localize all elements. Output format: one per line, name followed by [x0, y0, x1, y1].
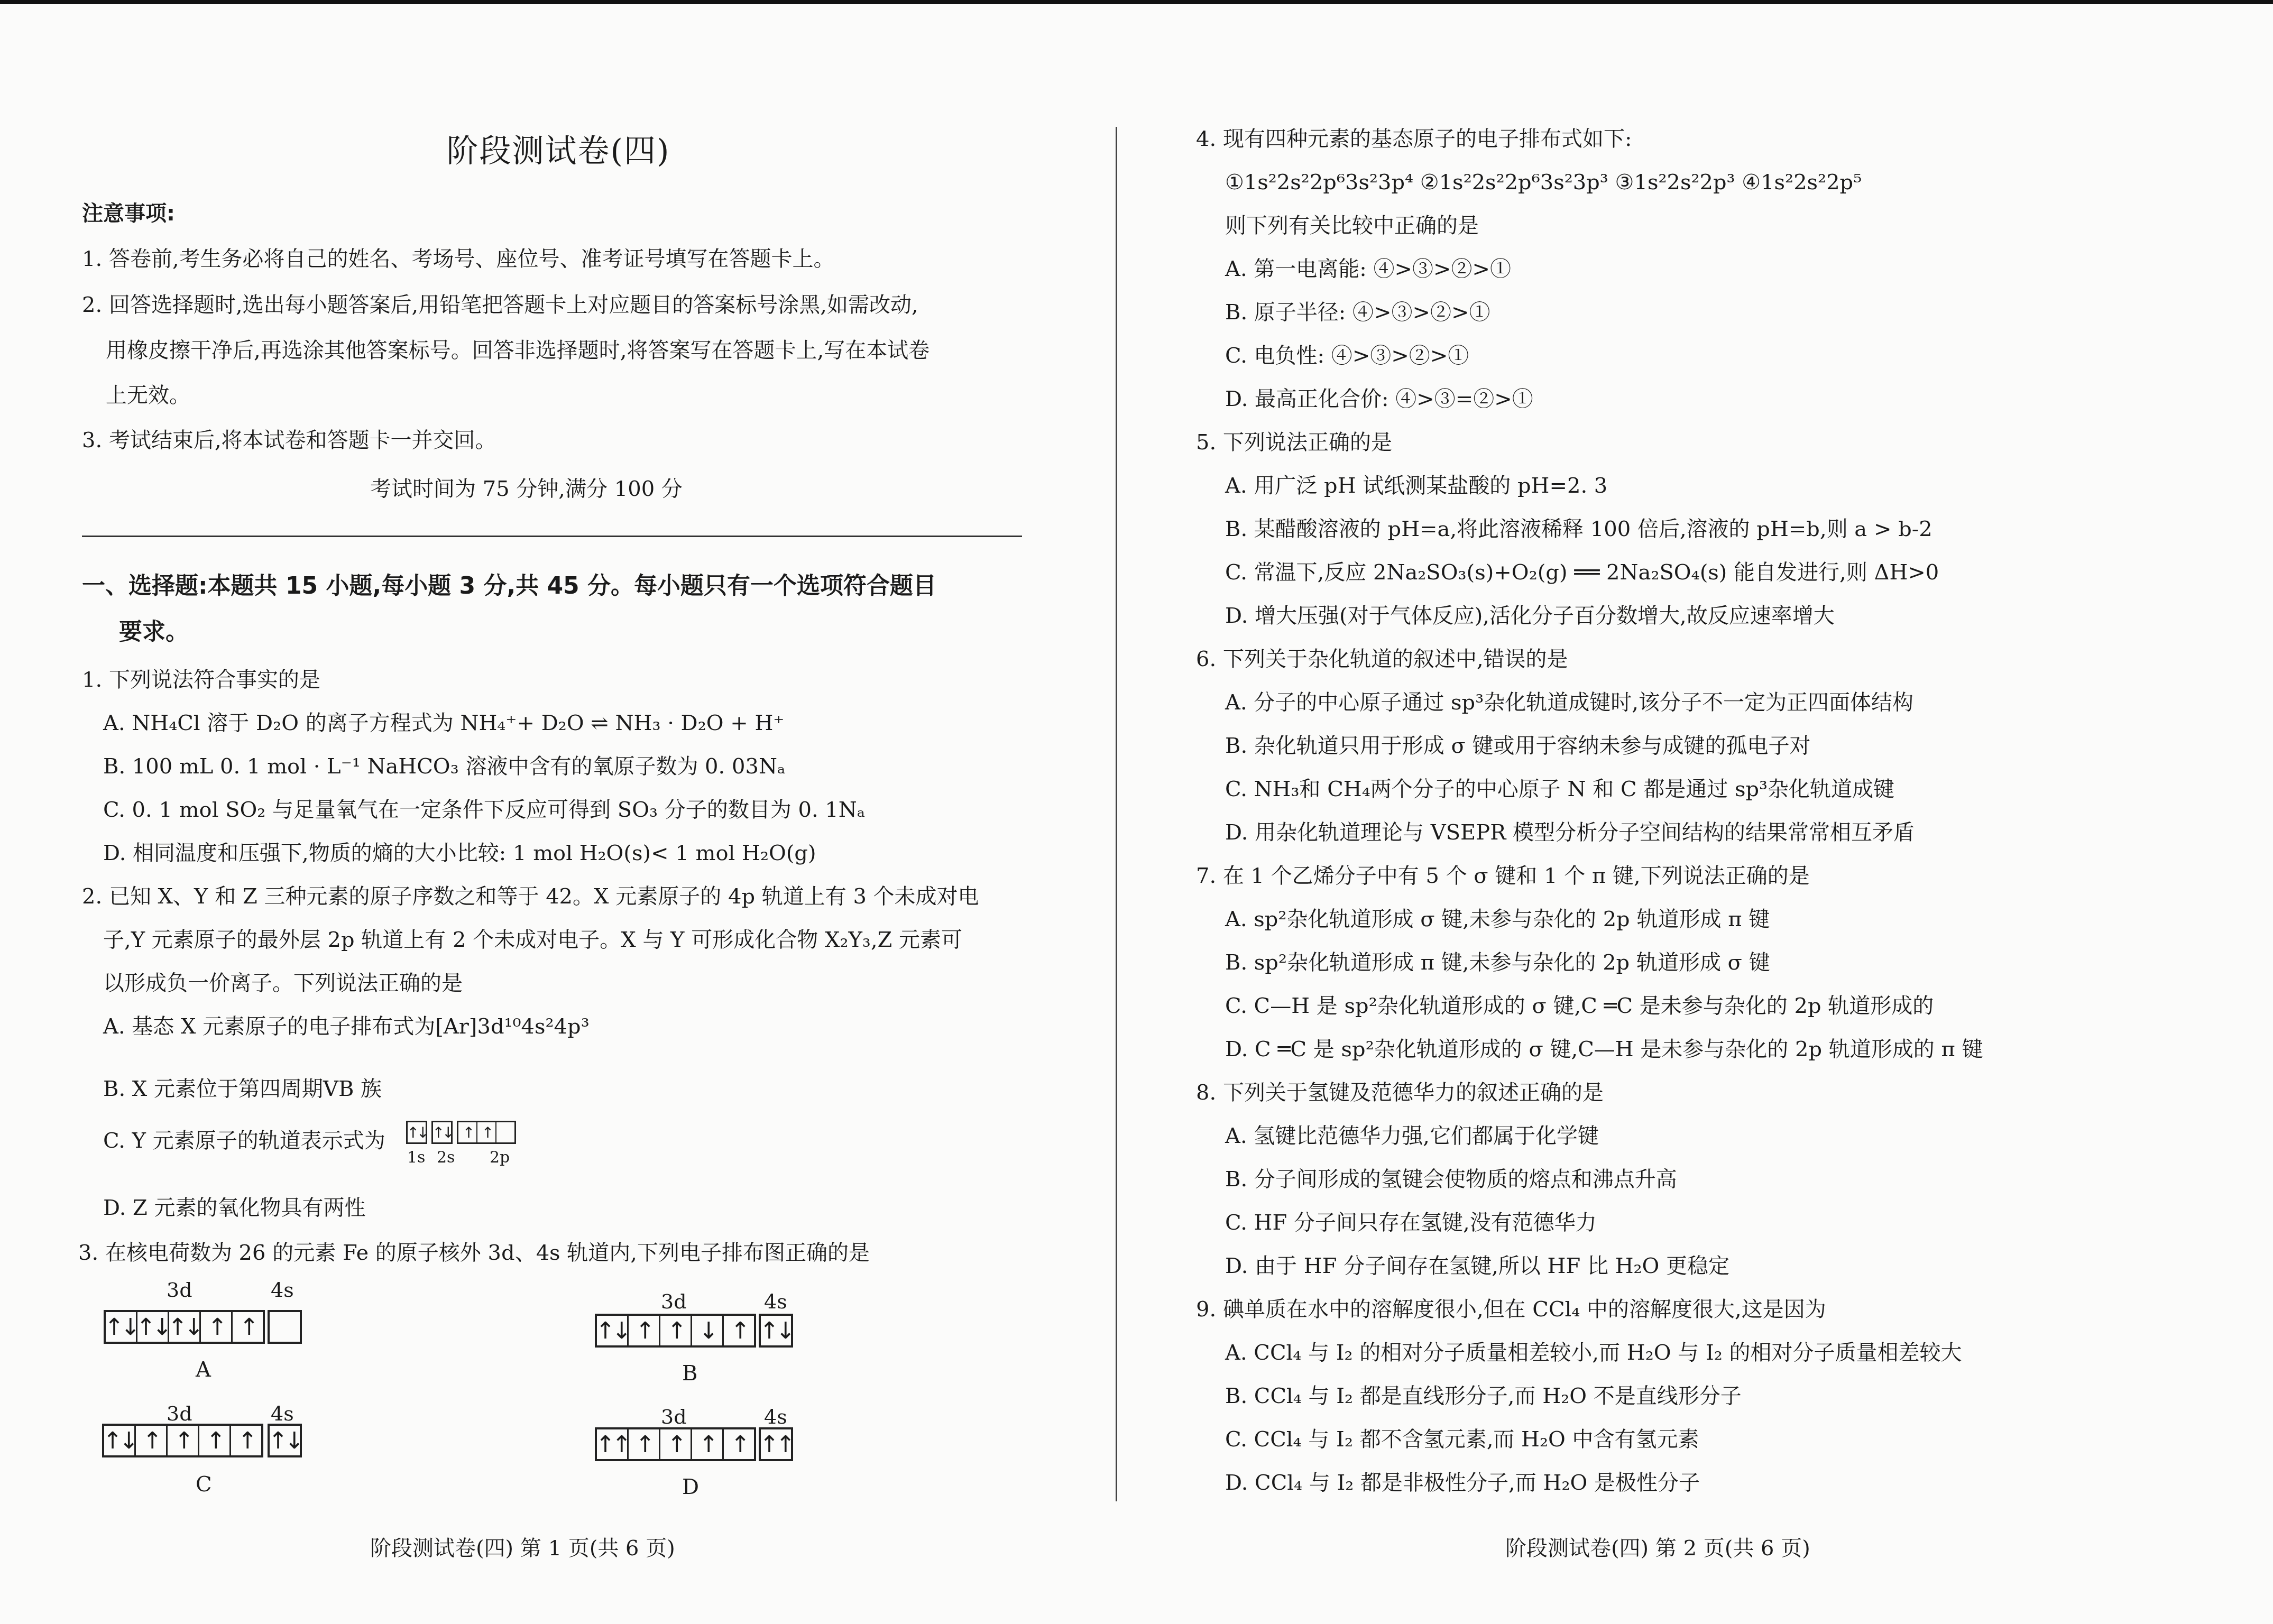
q1-option-a: A. NH₄Cl 溶于 D₂O 的离子方程式为 NH₄⁺+ D₂O ⇌ NH₃ … [103, 713, 784, 734]
q3b-4s-label: 4s [764, 1290, 787, 1313]
q2-option-b: B. X 元素位于第四周期ⅤB 族 [103, 1078, 382, 1100]
section-heading-cont: 要求。 [119, 621, 189, 644]
q6-option-d: D. 用杂化轨道理论与 VSEPR 模型分析分子空间结构的结果常常相互矛盾 [1225, 822, 1915, 843]
notice-item-3: 3. 考试结束后,将本试卷和答题卡一并交回。 [82, 430, 496, 451]
q3c-3d-boxes: ↑↓ ↑ ↑ ↑ ↑ [102, 1424, 263, 1457]
q3b-3d-label: 3d [661, 1290, 687, 1313]
q5-option-c: C. 常温下,反应 2Na₂SO₃(s)+O₂(g) ══ 2Na₂SO₄(s)… [1225, 562, 1939, 583]
page-footer-2: 阶段测试卷(四) 第 2 页(共 6 页) [1505, 1531, 1810, 1562]
q5-stem: 5. 下列说法正确的是 [1196, 432, 1392, 453]
page-footer-1: 阶段测试卷(四) 第 1 页(共 6 页) [370, 1531, 675, 1562]
q2-stem-3: 以形成负一价离子。下列说法正确的是 [103, 973, 463, 994]
q3-choice-c[interactable]: C [196, 1472, 212, 1497]
q2-stem-2: 子,Y 元素原子的最外层 2p 轨道上有 2 个未成对电子。X 与 Y 可形成化… [103, 929, 962, 951]
q3c-3d-label: 3d [167, 1402, 192, 1425]
orbital-2p: ↑ ↑ [457, 1121, 516, 1144]
q3b-3d-boxes: ↑↓ ↑ ↑ ↓ ↑ [595, 1314, 756, 1348]
header-rule [82, 536, 1022, 537]
q4-sub: 则下列有关比较中正确的是 [1225, 215, 1479, 236]
page-2: 4. 现有四种元素的基态原子的电子排布式如下: ①1s²2s²2p⁶3s²3p⁴… [1117, 0, 2273, 1624]
orbital-2s: ↑↓ [431, 1121, 453, 1144]
notice-item-2: 2. 回答选择题时,选出每小题答案后,用铅笔把答题卡上对应题目的答案标号涂黑,如… [82, 294, 918, 316]
label-2p: 2p [490, 1148, 510, 1167]
q7-option-a: A. sp²杂化轨道形成 σ 键,未参与杂化的 2p 轨道形成 π 键 [1225, 909, 1770, 930]
q2-stem-1: 2. 已知 X、Y 和 Z 三种元素的原子序数之和等于 42。X 元素原子的 4… [82, 886, 979, 907]
page-1: 阶段测试卷(四) 注意事项: 1. 答卷前,考生务必将自己的姓名、考场号、座位号… [0, 0, 1117, 1624]
q6-stem: 6. 下列关于杂化轨道的叙述中,错误的是 [1196, 649, 1568, 670]
notice-item-2-cont: 用橡皮擦干净后,再选涂其他答案标号。回答非选择题时,将答案写在答题卡上,写在本试… [106, 340, 930, 361]
notice-item-1: 1. 答卷前,考生务必将自己的姓名、考场号、座位号、准考证号填写在答题卡上。 [82, 248, 835, 270]
q4-option-a: A. 第一电离能: ④>③>②>① [1225, 259, 1511, 280]
q7-option-c: C. C—H 是 sp²杂化轨道形成的 σ 键,C ═C 是未参与杂化的 2p … [1225, 995, 1934, 1017]
q7-option-d: D. C ═C 是 sp²杂化轨道形成的 σ 键,C—H 是未参与杂化的 2p … [1225, 1039, 1983, 1060]
q7-stem: 7. 在 1 个乙烯分子中有 5 个 σ 键和 1 个 π 键,下列说法正确的是 [1196, 865, 1810, 887]
notice-heading: 注意事项: [82, 197, 175, 227]
label-2s: 2s [437, 1148, 455, 1167]
q5-option-a: A. 用广泛 pH 试纸测某盐酸的 pH=2. 3 [1225, 475, 1607, 496]
q2-option-a: A. 基态 X 元素原子的电子排布式为[Ar]3d¹⁰4s²4p³ [103, 1016, 590, 1037]
q3-choice-b[interactable]: B [682, 1361, 697, 1386]
q2-option-c: C. Y 元素原子的轨道表示式为 [103, 1130, 385, 1151]
q3d-3d-boxes: ↑↑ ↑ ↑ ↑ ↑ [595, 1427, 756, 1461]
q3d-4s-box: ↑↑ [759, 1427, 793, 1461]
orbital-1s: ↑↓ [406, 1121, 427, 1144]
exam-time-info: 考试时间为 75 分钟,满分 100 分 [370, 478, 683, 500]
q6-option-b: B. 杂化轨道只用于形成 σ 键或用于容纳未参与成键的孤电子对 [1225, 735, 1811, 756]
q6-option-c: C. NH₃和 CH₄两个分子的中心原子 N 和 C 都是通过 sp³杂化轨道成… [1225, 779, 1894, 800]
q8-stem: 8. 下列关于氢键及范德华力的叙述正确的是 [1196, 1082, 1604, 1103]
q8-option-b: B. 分子间形成的氢键会使物质的熔点和沸点升高 [1225, 1169, 1677, 1190]
q3a-3d-label: 3d [167, 1278, 192, 1302]
q2-option-d: D. Z 元素的氧化物具有两性 [103, 1197, 366, 1219]
q8-option-c: C. HF 分子间只存在氢键,没有范德华力 [1225, 1212, 1597, 1233]
q1-stem: 1. 下列说法符合事实的是 [82, 669, 320, 690]
q3a-4s-label: 4s [271, 1278, 294, 1302]
q4-option-c: C. 电负性: ④>③>②>① [1225, 345, 1469, 366]
q1-option-c: C. 0. 1 mol SO₂ 与足量氧气在一定条件下反应可得到 SO₃ 分子的… [103, 799, 865, 820]
section-heading: 一、选择题:本题共 15 小题,每小题 3 分,共 45 分。每小题只有一个选项… [82, 575, 936, 598]
q3-choice-d[interactable]: D [682, 1475, 699, 1499]
q3-choice-a[interactable]: A [196, 1358, 211, 1382]
q9-option-c: C. CCl₄ 与 I₂ 都不含氢元素,而 H₂O 中含有氢元素 [1225, 1429, 1699, 1450]
q9-option-d: D. CCl₄ 与 I₂ 都是非极性分子,而 H₂O 是极性分子 [1225, 1472, 1700, 1493]
q9-option-b: B. CCl₄ 与 I₂ 都是直线形分子,而 H₂O 不是直线形分子 [1225, 1386, 1742, 1407]
q3b-4s-box: ↑↓ [759, 1314, 793, 1348]
exam-title: 阶段测试卷(四) [0, 126, 1117, 171]
notice-item-2-end: 上无效。 [106, 385, 190, 406]
q9-stem: 9. 碘单质在水中的溶解度很小,但在 CCl₄ 中的溶解度很大,这是因为 [1196, 1299, 1826, 1320]
q9-option-a: A. CCl₄ 与 I₂ 的相对分子质量相差较小,而 H₂O 与 I₂ 的相对分… [1225, 1342, 1962, 1363]
q3d-3d-label: 3d [661, 1405, 687, 1428]
q2-orbital-diagram: ↑↓ ↑↓ ↑ ↑ [406, 1121, 520, 1144]
q3d-4s-label: 4s [764, 1405, 787, 1428]
q1-option-b: B. 100 mL 0. 1 mol · L⁻¹ NaHCO₃ 溶液中含有的氧原… [103, 756, 785, 777]
q3a-4s-box [268, 1310, 302, 1344]
q4-option-b: B. 原子半径: ④>③>②>① [1225, 302, 1490, 323]
q4-stem: 4. 现有四种元素的基态原子的电子排布式如下: [1196, 128, 1632, 150]
q7-option-b: B. sp²杂化轨道形成 π 键,未参与杂化的 2p 轨道形成 σ 键 [1225, 952, 1770, 973]
q5-option-b: B. 某醋酸溶液的 pH=a,将此溶液稀释 100 倍后,溶液的 pH=b,则 … [1225, 519, 1932, 540]
label-1s: 1s [407, 1148, 425, 1167]
q3-stem: 3. 在核电荷数为 26 的元素 Fe 的原子核外 3d、4s 轨道内,下列电子… [78, 1242, 870, 1263]
q3c-4s-box: ↑↓ [268, 1424, 302, 1457]
q8-option-a: A. 氢键比范德华力强,它们都属于化学键 [1225, 1125, 1599, 1147]
q3c-4s-label: 4s [271, 1402, 294, 1425]
q4-option-d: D. 最高正化合价: ④>③=②>① [1225, 389, 1533, 410]
q3a-3d-boxes: ↑↓ ↑↓ ↑↓ ↑ ↑ [104, 1310, 265, 1344]
q1-option-d: D. 相同温度和压强下,物质的熵的大小比较: 1 mol H₂O(s)< 1 m… [103, 843, 816, 864]
q4-configs: ①1s²2s²2p⁶3s²3p⁴ ②1s²2s²2p⁶3s²3p³ ③1s²2s… [1225, 172, 1862, 193]
q5-option-d: D. 增大压强(对于气体反应),活化分子百分数增大,故反应速率增大 [1225, 605, 1835, 626]
q8-option-d: D. 由于 HF 分子间存在氢键,所以 HF 比 H₂O 更稳定 [1225, 1256, 1729, 1277]
q6-option-a: A. 分子的中心原子通过 sp³杂化轨道成键时,该分子不一定为正四面体结构 [1225, 692, 1913, 713]
